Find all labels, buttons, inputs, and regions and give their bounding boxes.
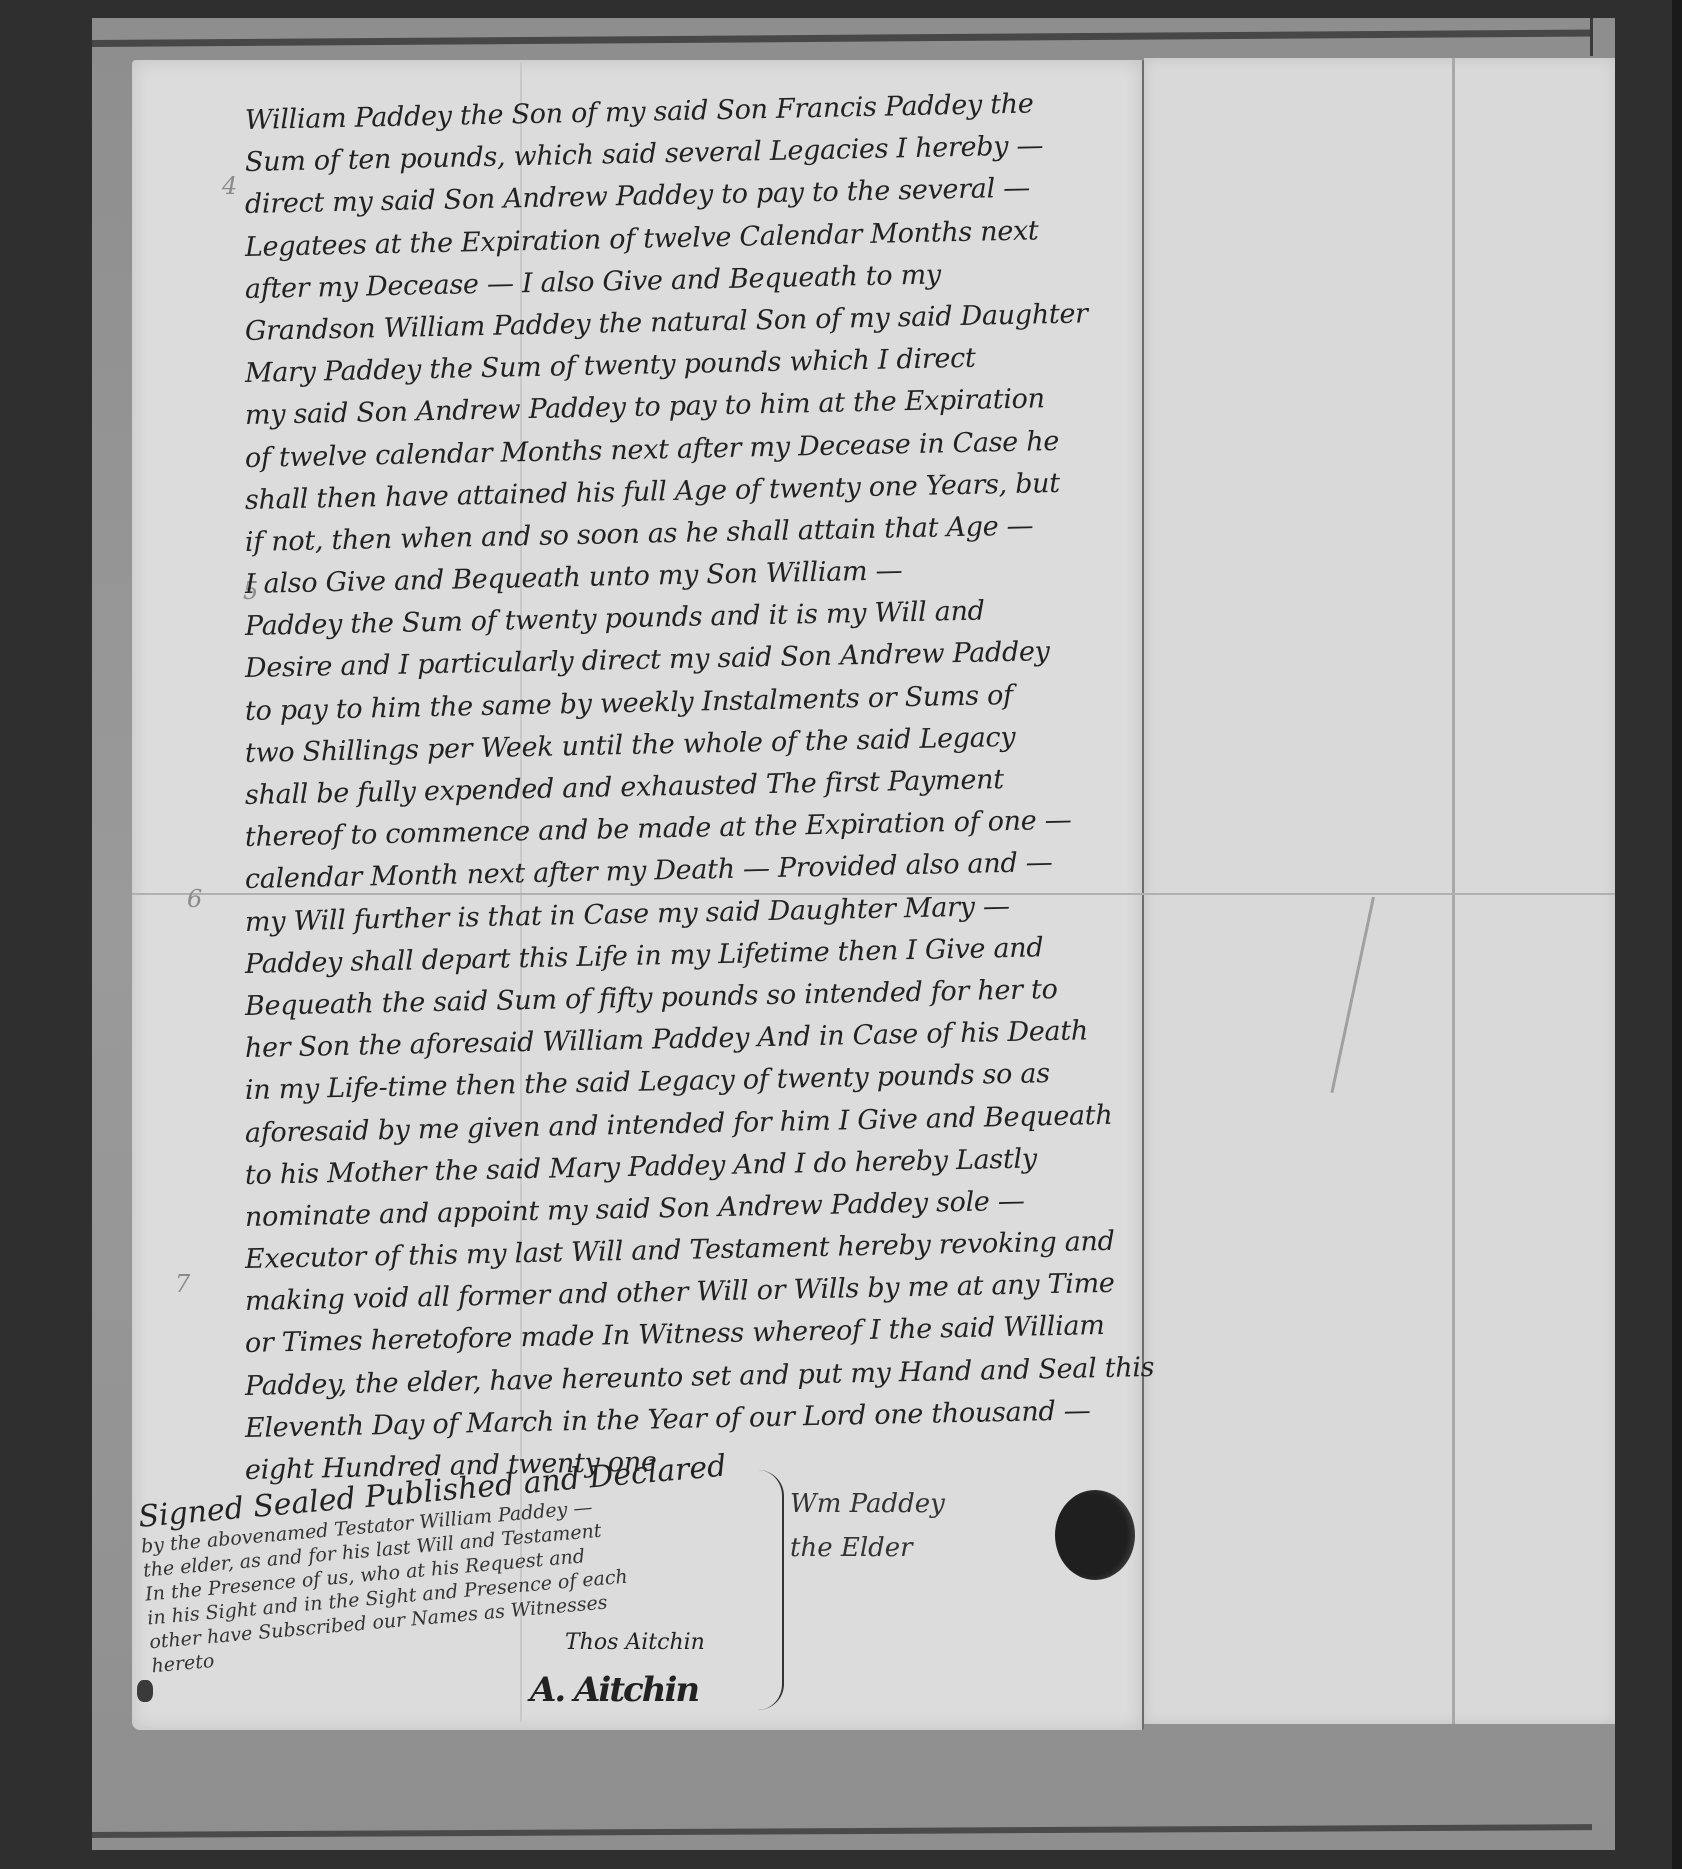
ink-blot (137, 1680, 153, 1702)
vertical-fold-line (1452, 58, 1455, 1724)
wax-seal-icon (1055, 1490, 1135, 1580)
signature-brace (758, 1470, 784, 1710)
will-body-text: William Paddey the Son of my said Son Fr… (245, 100, 1125, 1492)
witness-signature-2: A. Aitchin (530, 1670, 698, 1710)
signature-suffix: the Elder (790, 1526, 945, 1570)
margin-number-6: 6 (187, 885, 202, 913)
margin-number-4: 4 (222, 172, 237, 200)
testator-signature: Wm Paddey the Elder (790, 1482, 945, 1570)
right-frame-edge (1672, 0, 1682, 1869)
witness-signature-1: Thos Aitchin (565, 1630, 705, 1655)
margin-number-7: 7 (175, 1270, 190, 1298)
top-rule-tick (1590, 18, 1593, 56)
signature-name: Wm Paddey (790, 1482, 945, 1526)
blank-facing-page (1144, 58, 1615, 1724)
